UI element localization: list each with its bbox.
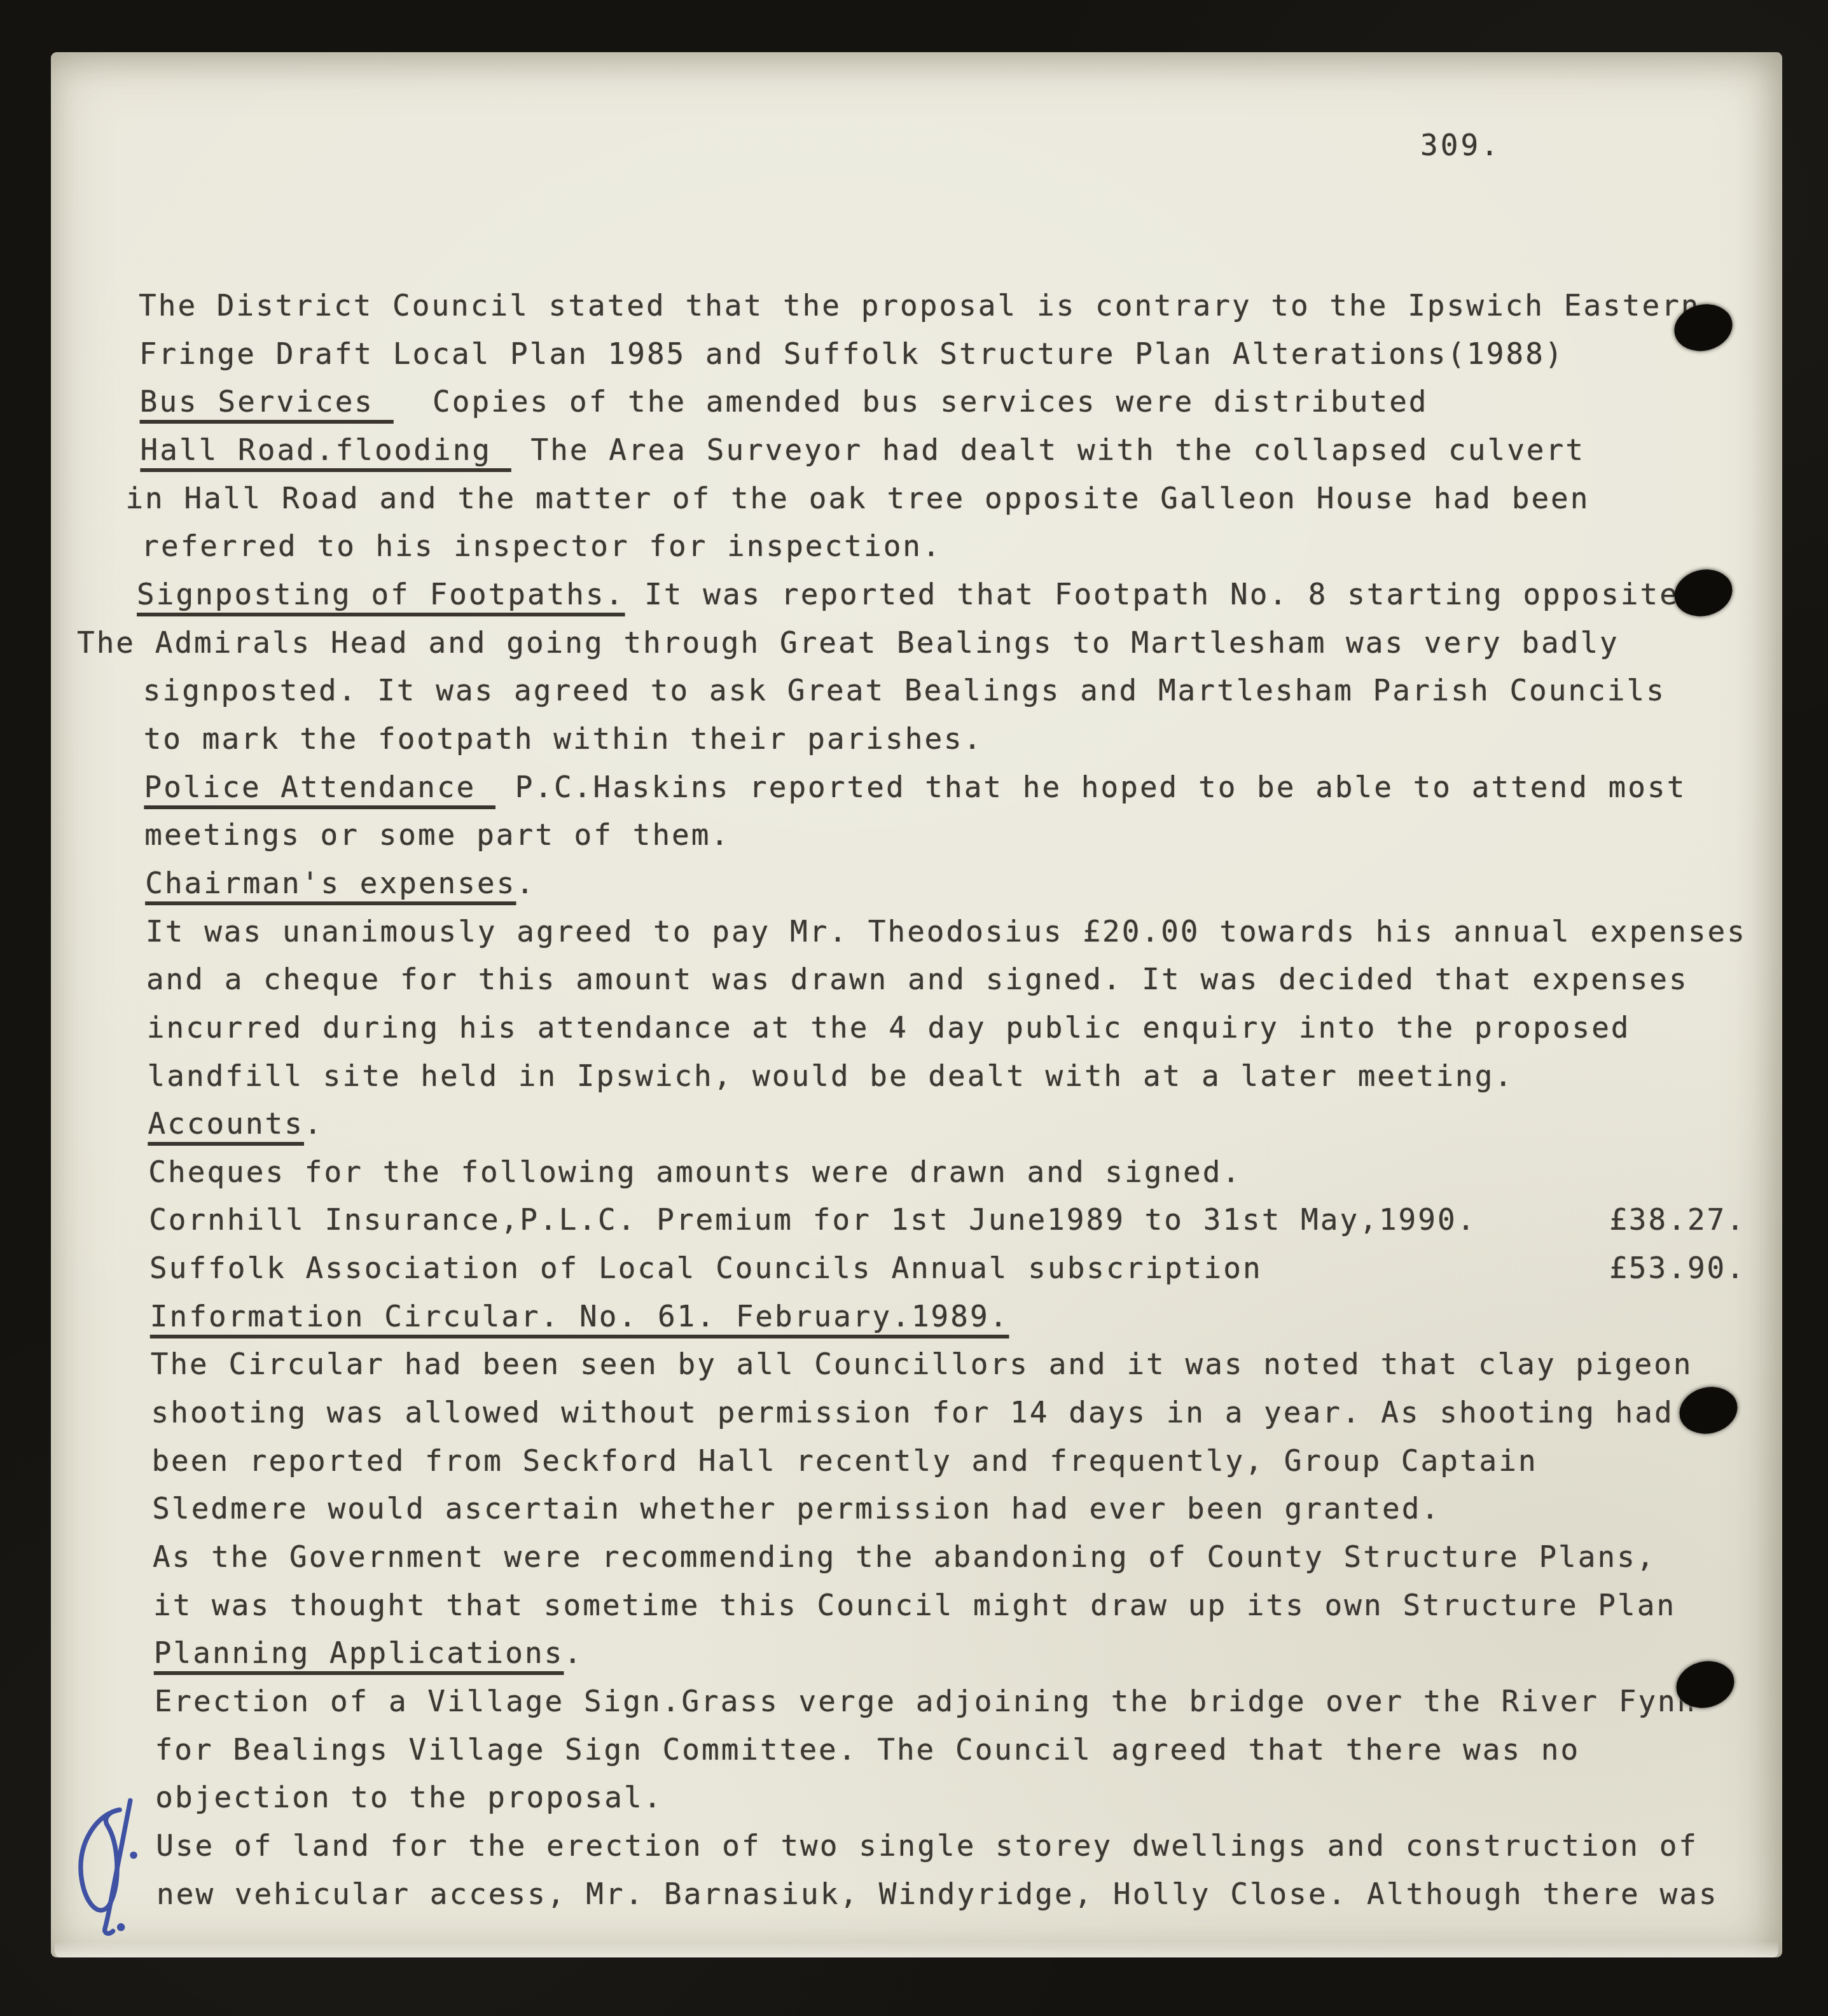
heading-text: Bus Services [140, 384, 394, 419]
text-line: it was thought that sometime this Counci… [153, 1588, 1828, 1636]
text-line: objection to the proposal. [155, 1780, 1828, 1828]
text-segment: landfill site held in Ipswich, would be … [148, 1059, 1514, 1093]
text-segment: . [564, 1636, 583, 1670]
text-segment: been reported from Seckford Hall recentl… [151, 1443, 1537, 1478]
text-line: to mark the footpath within their parish… [144, 721, 1828, 770]
text-segment: P.C.Haskins reported that he hoped to be… [495, 770, 1686, 804]
text-segment: Erection of a Village Sign.Grass verge a… [155, 1684, 1697, 1718]
text-segment: The Admirals Head and going through Grea… [77, 625, 1619, 660]
text-segment: The Area Surveyor had dealt with the col… [511, 433, 1585, 467]
heading-text: Accounts [148, 1106, 304, 1141]
text-line: for Bealings Village Sign Committee. The… [155, 1732, 1828, 1781]
text-line: Use of land for the erection of two sing… [156, 1828, 1828, 1877]
text-segment: Suffolk Association of Local Councils An… [149, 1251, 1263, 1285]
text-line: Information Circular. No. 61. February.1… [150, 1299, 1828, 1347]
text-line: Bus Services Copies of the amended bus s… [140, 384, 1828, 433]
text-segment: objection to the proposal. [155, 1780, 663, 1814]
text-line: Hall Road.flooding The Area Surveyor had… [141, 433, 1828, 481]
text-line: Cornhill Insurance,P.L.C. Premium for 1s… [149, 1202, 1828, 1251]
text-line: and a cheque for this amount was drawn a… [146, 962, 1828, 1010]
text-line: signposted. It was agreed to ask Great B… [143, 673, 1828, 721]
text-segment: . [304, 1106, 324, 1141]
text-line: in Hall Road and the matter of the oak t… [125, 481, 1828, 529]
heading-text: Information Circular. No. 61. February.1… [150, 1299, 1009, 1333]
amount-value: £53.90. [1609, 1251, 1746, 1285]
text-segment: It was unanimously agreed to pay Mr. The… [146, 914, 1747, 949]
text-line: shooting was allowed without permission … [151, 1395, 1828, 1443]
text-segment: meetings or some part of them. [144, 817, 730, 852]
text-segment: Cheques for the following amounts were d… [148, 1155, 1242, 1189]
text-segment: signposted. It was agreed to ask Great B… [143, 673, 1666, 707]
text-segment: for Bealings Village Sign Committee. The… [155, 1732, 1581, 1767]
text-segment: incurred during his attendance at the 4 … [147, 1010, 1631, 1045]
amount-value: £38.27. [1609, 1202, 1746, 1237]
text-segment: to mark the footpath within their parish… [144, 721, 983, 756]
page-number: 309. [1420, 128, 1501, 162]
heading-text: Hall Road.flooding [141, 433, 511, 467]
text-line: The Circular had been seen by all Counci… [151, 1347, 1828, 1395]
text-segment: Cornhill Insurance,P.L.C. Premium for 1s… [149, 1202, 1476, 1237]
text-line: Chairman's expenses. [145, 866, 1828, 914]
text-line: Fringe Draft Local Plan 1985 and Suffolk… [139, 337, 1828, 385]
heading-text: Signposting of Footpaths. [137, 577, 625, 611]
text-segment: in Hall Road and the matter of the oak t… [125, 481, 1589, 515]
text-line: Suffolk Association of Local Councils An… [149, 1251, 1828, 1299]
text-segment: referred to his inspector for inspection… [141, 529, 941, 563]
text-line: new vehicular access, Mr. Barnasiuk, Win… [156, 1877, 1828, 1925]
text-line: incurred during his attendance at the 4 … [147, 1010, 1828, 1059]
handwritten-mark [70, 1797, 140, 1936]
text-line: It was unanimously agreed to pay Mr. The… [146, 914, 1828, 963]
text-line: Erection of a Village Sign.Grass verge a… [155, 1684, 1828, 1732]
text-line: The Admirals Head and going through Grea… [77, 625, 1828, 674]
text-line: Accounts. [148, 1106, 1828, 1155]
text-segment: As the Government were recommending the … [153, 1540, 1656, 1574]
text-line: Cheques for the following amounts were d… [148, 1155, 1828, 1203]
text-segment: . [516, 866, 536, 900]
text-segment: It was reported that Footpath No. 8 star… [625, 577, 1679, 611]
document-text: The District Council stated that the pro… [0, 288, 1828, 1924]
text-line: As the Government were recommending the … [153, 1540, 1828, 1588]
text-segment: shooting was allowed without permission … [151, 1395, 1674, 1429]
text-segment: The District Council stated that the pro… [139, 288, 1701, 323]
text-line: The District Council stated that the pro… [139, 288, 1828, 337]
heading-text: Police Attendance [144, 770, 496, 804]
text-line: Planning Applications. [154, 1636, 1828, 1684]
text-segment: Fringe Draft Local Plan 1985 and Suffolk… [139, 337, 1565, 371]
text-line: meetings or some part of them. [144, 817, 1828, 866]
text-segment: The Circular had been seen by all Counci… [151, 1347, 1693, 1381]
text-segment: Copies of the amended bus services were … [394, 384, 1429, 419]
text-segment: Sledmere would ascertain whether permiss… [152, 1491, 1441, 1526]
text-line: referred to his inspector for inspection… [141, 529, 1828, 577]
text-line: Signposting of Footpaths. It was reporte… [137, 577, 1828, 625]
heading-text: Chairman's expenses [145, 866, 516, 900]
text-segment: and a cheque for this amount was drawn a… [146, 962, 1689, 996]
text-segment: it was thought that sometime this Counci… [153, 1588, 1676, 1622]
text-line: landfill site held in Ipswich, would be … [148, 1059, 1828, 1107]
heading-text: Planning Applications [154, 1636, 564, 1670]
text-line: Sledmere would ascertain whether permiss… [152, 1491, 1828, 1540]
text-segment: new vehicular access, Mr. Barnasiuk, Win… [156, 1877, 1719, 1911]
text-segment: Use of land for the erection of two sing… [156, 1828, 1698, 1863]
text-line: been reported from Seckford Hall recentl… [151, 1443, 1828, 1492]
text-line: Police Attendance P.C.Haskins reported t… [144, 770, 1828, 818]
